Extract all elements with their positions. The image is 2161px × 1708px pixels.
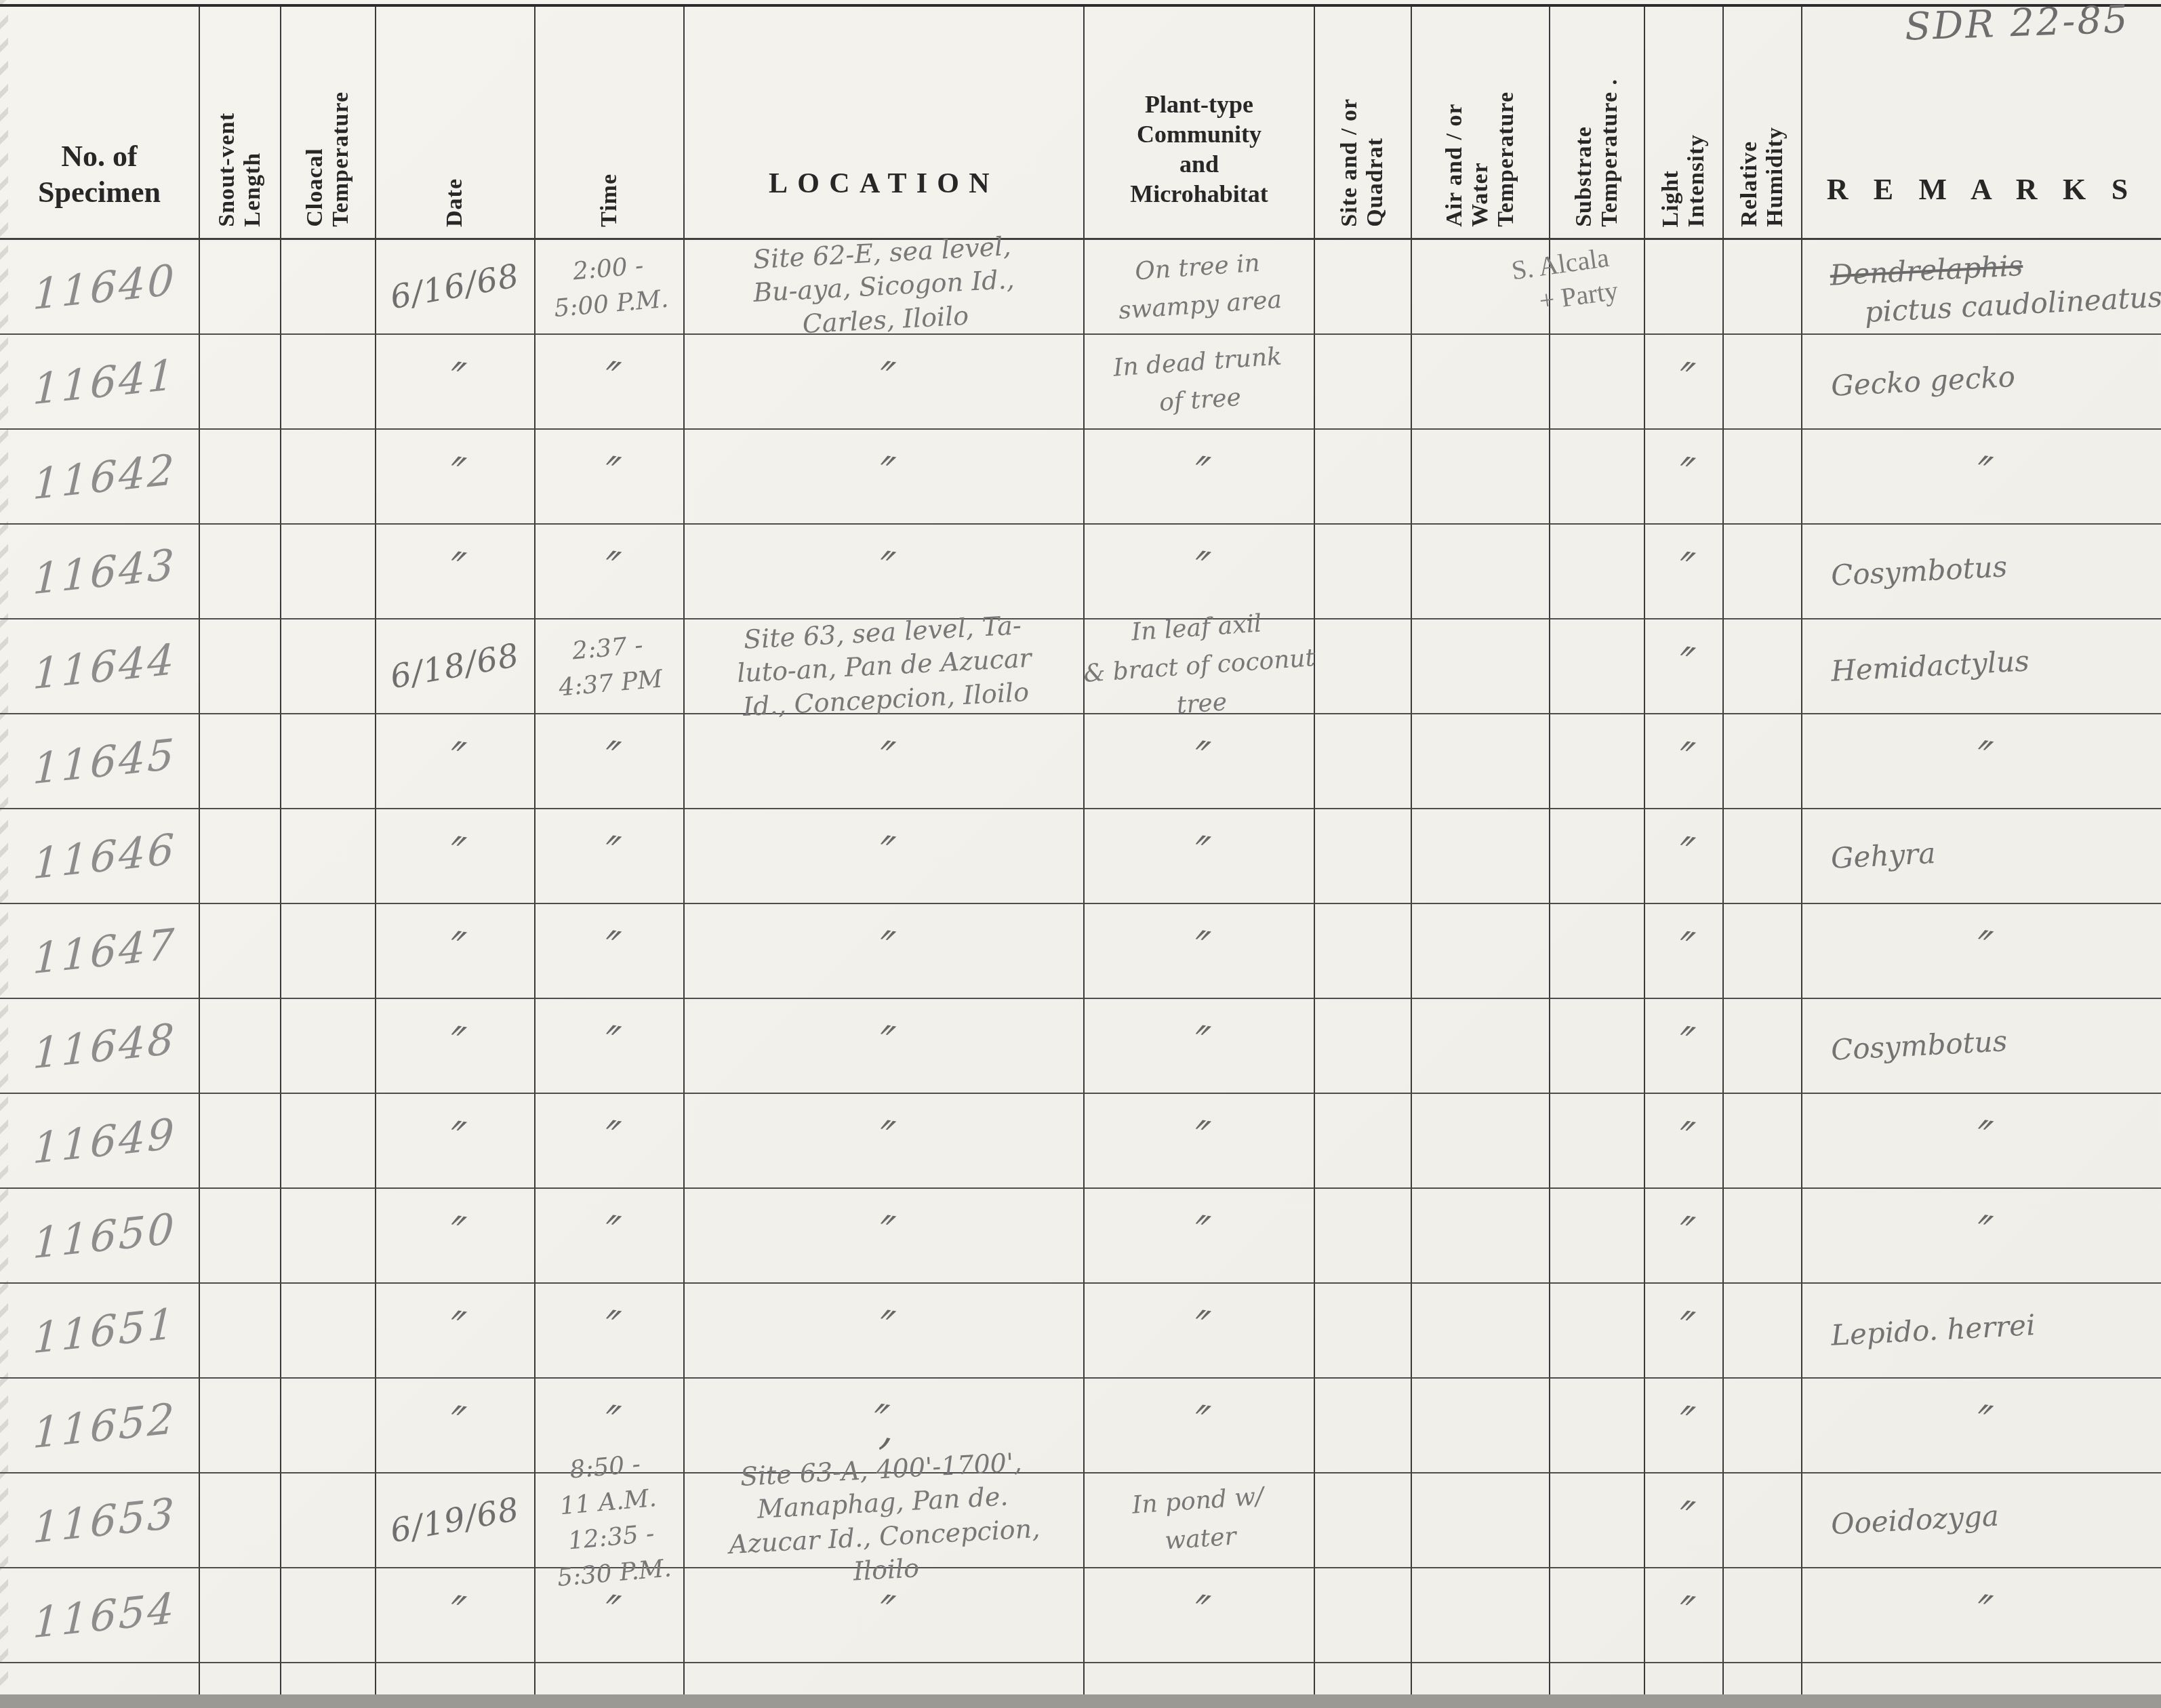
cell-substrate: [1550, 1568, 1645, 1663]
cell-site: [1315, 904, 1412, 999]
cell-substrate: [1550, 999, 1645, 1094]
cell-location: ″: [685, 1568, 1085, 1663]
column-header-date: Date: [376, 7, 536, 240]
cell-empty-date: [376, 1663, 536, 1697]
handwritten-light: ″: [1668, 350, 1699, 413]
handwritten-remarks: Gecko gecko: [1830, 358, 2017, 406]
cell-svl: [200, 335, 281, 430]
cell-remarks: Ooeidozyga: [1802, 1473, 2161, 1568]
cell-svl: [200, 1379, 281, 1473]
handwritten-remarks: ″: [1965, 915, 1998, 987]
cell-cloacal: [281, 1094, 376, 1189]
cell-time: 8:50 -11 A.M.12:35 -5:30 P.M.: [536, 1473, 685, 1568]
handwritten-habitat: ″: [1181, 436, 1217, 518]
cell-site: [1315, 430, 1412, 525]
column-header-plant-type-community: Plant-type Community and Microhabitat: [1085, 7, 1315, 240]
cell-empty-time: [536, 1663, 685, 1697]
column-header-label: LOCATION: [769, 167, 999, 200]
cell-time: ″: [536, 1568, 685, 1663]
cell-air-water: [1412, 430, 1550, 525]
cell-air-water: [1412, 525, 1550, 619]
cell-site: [1315, 714, 1412, 809]
cell-humidity: [1724, 1473, 1802, 1568]
cell-humidity: [1724, 999, 1802, 1094]
cell-time: ″: [536, 809, 685, 904]
cell-empty-remarks: [1802, 1663, 2161, 1697]
handwritten-date: ″: [439, 350, 470, 413]
cell-date: ″: [376, 1568, 536, 1663]
handwritten-remarks: ″: [1965, 1105, 1998, 1177]
handwritten-line: Hemidactylus: [1830, 642, 2030, 691]
specimen-log-sheet: SDR 22-85 No. of Specimen Snout-vent Len…: [0, 0, 2161, 1694]
cell-svl: [200, 619, 281, 714]
cell-site: [1315, 1189, 1412, 1284]
cell-location: ″: [685, 714, 1085, 809]
cell-air-water: [1412, 714, 1550, 809]
handwritten-light: ″: [1668, 1110, 1699, 1172]
cell-substrate: [1550, 525, 1645, 619]
cell-site: [1315, 1284, 1412, 1379]
handwritten-remarks: Cosymbotus: [1830, 548, 2008, 595]
handwritten-line: Gecko gecko: [1830, 358, 2017, 406]
handwritten-date: ″: [439, 825, 470, 887]
cell-air-water: [1412, 1284, 1550, 1379]
handwritten-date: ″: [439, 1394, 470, 1457]
handwritten-no: 11648: [32, 1013, 177, 1078]
cell-site: [1315, 335, 1412, 430]
handwritten-light: ″: [1668, 540, 1699, 603]
cell-light: ″: [1645, 1568, 1724, 1663]
cell-date: ″: [376, 809, 536, 904]
handwritten-date: 6/18/68: [388, 636, 523, 696]
cell-air-water: [1412, 999, 1550, 1094]
column-header-label: Snout-vent Length: [214, 113, 266, 227]
handwritten-no: 11649: [32, 1108, 177, 1173]
handwritten-location: ″: [868, 727, 900, 796]
cell-location: Site 62-E, sea level,Bu-aya, Sicogon Id.…: [685, 240, 1085, 335]
cell-site: [1315, 1379, 1412, 1473]
cell-remarks: ″: [1802, 1568, 2161, 1663]
cell-date: ″: [376, 430, 536, 525]
cell-air-water: [1412, 809, 1550, 904]
handwritten-no: 11640: [32, 254, 177, 319]
cell-humidity: [1724, 809, 1802, 904]
handwritten-time: 2:37 -4:37 PM: [554, 626, 664, 706]
cell-no: 11642: [0, 430, 200, 525]
cell-time: ″: [536, 999, 685, 1094]
cell-svl: [200, 1094, 281, 1189]
cell-cloacal: [281, 1568, 376, 1663]
handwritten-remarks: ″: [1965, 725, 1998, 797]
cell-substrate: [1550, 1284, 1645, 1379]
cell-air-water: [1412, 619, 1550, 714]
cell-humidity: [1724, 335, 1802, 430]
handwritten-habitat: ″: [1181, 1195, 1217, 1277]
cell-cloacal: [281, 714, 376, 809]
cell-light: ″: [1645, 809, 1724, 904]
cell-humidity: [1724, 619, 1802, 714]
handwritten-date: ″: [439, 1584, 470, 1646]
handwritten-location: ″: [868, 1581, 900, 1650]
handwritten-location: ″: [868, 821, 900, 891]
cell-light: ″: [1645, 525, 1724, 619]
cell-time: ″: [536, 904, 685, 999]
cell-remarks: ″: [1802, 430, 2161, 525]
cell-substrate: [1550, 335, 1645, 430]
cell-light: ″: [1645, 1379, 1724, 1473]
handwritten-remarks: Gehyra: [1830, 834, 1937, 878]
column-header-snout-vent-length: Snout-vent Length: [200, 7, 281, 240]
cell-date: ″: [376, 1094, 536, 1189]
cell-empty-no: [0, 1663, 200, 1697]
handwritten-habitat: ″: [1181, 1005, 1217, 1087]
cell-no: 11650: [0, 1189, 200, 1284]
column-header-label: Light Intensity: [1658, 134, 1710, 227]
cell-svl: [200, 714, 281, 809]
cell-remarks: Gehyra: [1802, 809, 2161, 904]
cell-habitat: ″: [1085, 1189, 1315, 1284]
handwritten-no: 11642: [32, 444, 177, 509]
handwritten-light: ″: [1668, 1015, 1699, 1077]
handwritten-light: ″: [1668, 1584, 1699, 1646]
cell-air-water: [1412, 1568, 1550, 1663]
handwritten-remarks: Hemidactylus: [1830, 642, 2030, 691]
cell-time: ″: [536, 525, 685, 619]
cell-no: 11652: [0, 1379, 200, 1473]
handwritten-date: 6/16/68: [388, 257, 523, 317]
handwritten-no: 11646: [32, 823, 177, 889]
handwritten-habitat: ″: [1181, 1290, 1217, 1372]
cell-habitat: ″: [1085, 809, 1315, 904]
handwritten-time: ″: [592, 1292, 626, 1368]
column-header-label: R E M A R K S: [1827, 172, 2137, 207]
cell-cloacal: [281, 904, 376, 999]
handwritten-date: 6/19/68: [388, 1490, 523, 1550]
cell-air-water: [1412, 335, 1550, 430]
cell-substrate: [1550, 904, 1645, 999]
handwritten-time: ″: [592, 438, 626, 514]
handwritten-light: ″: [1668, 1204, 1699, 1267]
column-header-specimen-no: No. of Specimen: [0, 7, 200, 240]
handwritten-light: ″: [1668, 920, 1699, 982]
collector-note: S. Alcala+ Party: [1510, 240, 1620, 321]
cell-no: 11648: [0, 999, 200, 1094]
handwritten-time: ″: [592, 912, 626, 989]
handwritten-no: 11645: [32, 729, 177, 794]
cell-habitat: ″: [1085, 1284, 1315, 1379]
cell-cloacal: [281, 335, 376, 430]
handwritten-remarks: ″: [1965, 1200, 1998, 1272]
cell-empty-location: [685, 1663, 1085, 1697]
cell-time: ″: [536, 1284, 685, 1379]
cell-site: [1315, 1568, 1412, 1663]
cell-substrate: [1550, 1379, 1645, 1473]
handwritten-habitat: ″: [1181, 815, 1217, 897]
handwritten-light: ″: [1668, 730, 1699, 792]
handwritten-habitat: ″: [1181, 1100, 1217, 1182]
handwritten-location: ″: [868, 1201, 900, 1270]
cell-location: ″: [685, 904, 1085, 999]
cell-empty-light: [1645, 1663, 1724, 1697]
handwritten-habitat: ″: [1181, 1385, 1217, 1467]
cell-site: [1315, 619, 1412, 714]
cell-habitat: On tree inswampy area: [1085, 240, 1315, 335]
cell-cloacal: [281, 525, 376, 619]
cell-no: 11641: [0, 335, 200, 430]
cell-location: ″: [685, 1284, 1085, 1379]
handwritten-habitat: ″: [1181, 910, 1217, 992]
cell-humidity: [1724, 1379, 1802, 1473]
handwritten-line: Cosymbotus: [1830, 548, 2008, 595]
handwritten-no: 11654: [32, 1583, 177, 1648]
handwritten-location: ″: [868, 347, 900, 416]
cell-light: ″: [1645, 619, 1724, 714]
handwritten-light: ″: [1668, 1489, 1699, 1551]
cell-empty-air-water: [1412, 1663, 1550, 1697]
column-header-time: Time: [536, 7, 685, 240]
cell-no: 11640: [0, 240, 200, 335]
column-header-substrate-temperature: Substrate Temperature .: [1550, 7, 1645, 240]
cell-empty-svl: [200, 1663, 281, 1697]
handwritten-time: ″: [592, 1197, 626, 1274]
handwritten-location: ″: [868, 1296, 900, 1365]
cell-humidity: [1724, 1094, 1802, 1189]
cell-humidity: [1724, 714, 1802, 809]
handwritten-date: ″: [439, 1204, 470, 1267]
cell-time: ″: [536, 335, 685, 430]
handwritten-light: ″: [1668, 445, 1699, 508]
cell-light: ″: [1645, 1284, 1724, 1379]
cell-remarks: ″: [1802, 904, 2161, 999]
cell-cloacal: [281, 1473, 376, 1568]
cell-remarks: Cosymbotus: [1802, 525, 2161, 619]
column-header-label: Time: [597, 174, 622, 227]
cell-habitat: ″: [1085, 430, 1315, 525]
cell-svl: [200, 430, 281, 525]
cell-location: ″: [685, 335, 1085, 430]
cell-time: ″: [536, 430, 685, 525]
handwritten-habitat: ″: [1181, 720, 1217, 802]
cell-no: 11644: [0, 619, 200, 714]
cell-light: ″: [1645, 430, 1724, 525]
cell-location: Site 63, sea level, Ta-luto-an, Pan de A…: [685, 619, 1085, 714]
handwritten-remarks: Cosymbotus: [1830, 1022, 2008, 1070]
column-header-air-water-temperature: Air and / or Water Temperature: [1412, 7, 1550, 240]
cell-no: 11651: [0, 1284, 200, 1379]
cell-air-water: [1412, 1189, 1550, 1284]
cell-date: 6/16/68: [376, 240, 536, 335]
cell-remarks: ″: [1802, 1094, 2161, 1189]
handwritten-habitat: In pond w/water: [1131, 1478, 1267, 1563]
handwritten-date: ″: [439, 1015, 470, 1077]
cell-humidity: [1724, 1568, 1802, 1663]
handwritten-no: 11653: [32, 1488, 177, 1553]
cell-date: ″: [376, 1189, 536, 1284]
column-header-label: Substrate Temperature .: [1571, 79, 1623, 227]
cell-no: 11645: [0, 714, 200, 809]
cell-substrate: [1550, 1189, 1645, 1284]
cell-location: ″: [685, 999, 1085, 1094]
handwritten-light: ″: [1668, 825, 1699, 887]
cell-site: [1315, 809, 1412, 904]
cell-cloacal: [281, 999, 376, 1094]
handwritten-remarks: Dendrelaphispictus caudolineatus: [1829, 240, 2161, 334]
cell-light: ″: [1645, 335, 1724, 430]
cell-empty-cloacal: [281, 1663, 376, 1697]
cell-cloacal: [281, 240, 376, 335]
cell-substrate: [1550, 714, 1645, 809]
handwritten-habitat: In dead trunkof tree: [1112, 338, 1286, 426]
handwritten-location: ″: [868, 916, 900, 985]
cell-habitat: ″: [1085, 1094, 1315, 1189]
handwritten-light: ″: [1668, 1394, 1699, 1457]
cell-habitat: ″: [1085, 999, 1315, 1094]
handwritten-time: ″: [592, 723, 626, 799]
cell-habitat: ″: [1085, 904, 1315, 999]
cell-no: 11646: [0, 809, 200, 904]
cell-substrate: [1550, 1473, 1645, 1568]
handwritten-time: ″: [592, 343, 626, 420]
column-header-site-quadrat: Site and / or Quadrat: [1315, 7, 1412, 240]
cell-habitat: In pond w/water: [1085, 1473, 1315, 1568]
cell-substrate: [1550, 809, 1645, 904]
cell-time: 2:00 -5:00 P.M.: [536, 240, 685, 335]
cell-no: 11653: [0, 1473, 200, 1568]
cell-no: 11643: [0, 525, 200, 619]
handwritten-no: 11644: [32, 634, 177, 699]
cell-date: 6/19/68: [376, 1473, 536, 1568]
handwritten-no: 11641: [32, 349, 177, 414]
cell-substrate: [1550, 1094, 1645, 1189]
handwritten-time: ″: [592, 1102, 626, 1179]
cell-air-water: [1412, 1473, 1550, 1568]
column-header-label: Air and / or Water Temperature: [1442, 91, 1519, 227]
handwritten-habitat: In leaf axil& bract of coconuttree: [1079, 602, 1318, 731]
handwritten-location: ″: [868, 1106, 900, 1175]
cell-humidity: [1724, 525, 1802, 619]
cell-svl: [200, 240, 281, 335]
handwritten-line: Lepido. herrei: [1830, 1306, 2036, 1355]
cell-cloacal: [281, 1284, 376, 1379]
handwritten-date: ″: [439, 730, 470, 792]
cell-humidity: [1724, 904, 1802, 999]
cell-empty-humidity: [1724, 1663, 1802, 1697]
handwritten-habitat: On tree inswampy area: [1115, 243, 1283, 330]
cell-air-water: [1412, 1379, 1550, 1473]
cell-svl: [200, 904, 281, 999]
cell-svl: [200, 525, 281, 619]
cell-date: ″: [376, 904, 536, 999]
cell-cloacal: [281, 619, 376, 714]
cell-site: [1315, 1094, 1412, 1189]
handwritten-no: 11643: [32, 539, 177, 604]
column-header-label: Date: [442, 178, 468, 227]
cell-substrate: [1550, 619, 1645, 714]
handwritten-no: 11647: [32, 918, 177, 983]
handwritten-no: 11652: [32, 1393, 177, 1458]
handwritten-remarks: ″: [1965, 441, 1998, 512]
cell-no: 11647: [0, 904, 200, 999]
cell-remarks: Cosymbotus: [1802, 999, 2161, 1094]
cell-air-water: [1412, 1094, 1550, 1189]
cell-site: [1315, 1473, 1412, 1568]
cell-habitat: ″: [1085, 1379, 1315, 1473]
cell-light: ″: [1645, 1094, 1724, 1189]
handwritten-time: ″: [592, 533, 626, 609]
cell-date: 6/18/68: [376, 619, 536, 714]
cell-light: ″: [1645, 1189, 1724, 1284]
handwritten-line: Cosymbotus: [1830, 1022, 2008, 1070]
cell-svl: [200, 1568, 281, 1663]
handwritten-date: ″: [439, 920, 470, 982]
column-header-label: Cloacal Temperature: [302, 91, 354, 227]
cell-remarks: Hemidactylus: [1802, 619, 2161, 714]
cell-light: ″: [1645, 1473, 1724, 1568]
cell-remarks: ″: [1802, 1189, 2161, 1284]
cell-remarks: Gecko gecko: [1802, 335, 2161, 430]
cell-date: ″: [376, 1379, 536, 1473]
cell-location: ″: [685, 1094, 1085, 1189]
handwritten-remarks: Lepido. herrei: [1830, 1306, 2036, 1355]
cell-light: [1645, 240, 1724, 335]
scan-edge: [0, 1694, 2161, 1708]
handwritten-time: ″: [592, 817, 626, 894]
cell-humidity: [1724, 240, 1802, 335]
handwritten-date: ″: [439, 445, 470, 508]
cell-substrate: S. Alcala+ Party: [1550, 240, 1645, 335]
handwritten-location: ″: [868, 442, 900, 511]
cell-time: ″: [536, 714, 685, 809]
cell-empty-site: [1315, 1663, 1412, 1697]
handwritten-line: Ooeidozyga: [1830, 1497, 2000, 1544]
handwritten-remarks: ″: [1965, 1389, 1998, 1461]
cell-cloacal: [281, 1189, 376, 1284]
cell-habitat: ″: [1085, 1568, 1315, 1663]
cell-substrate: [1550, 430, 1645, 525]
cell-date: ″: [376, 714, 536, 809]
handwritten-light: ″: [1668, 635, 1699, 697]
handwritten-habitat: ″: [1181, 1574, 1217, 1656]
handwritten-location: Site 62-E, sea level,Bu-aya, Sicogon Id.…: [750, 230, 1017, 344]
handwritten-location: ″,: [862, 1390, 906, 1461]
cell-site: [1315, 999, 1412, 1094]
column-header-label: Relative Humidity: [1737, 127, 1788, 227]
handwritten-date: ″: [439, 540, 470, 603]
cell-remarks: ″: [1802, 714, 2161, 809]
column-header-label: Plant-type Community and Microhabitat: [1130, 90, 1268, 209]
cell-empty-substrate: [1550, 1663, 1645, 1697]
handwritten-location: Site 63, sea level, Ta-luto-an, Pan de A…: [734, 609, 1034, 725]
cell-site: [1315, 525, 1412, 619]
cell-light: ″: [1645, 904, 1724, 999]
column-header-relative-humidity: Relative Humidity: [1724, 7, 1802, 240]
handwritten-remarks: ″: [1965, 1579, 1998, 1651]
handwritten-light: ″: [1668, 1299, 1699, 1362]
cell-svl: [200, 999, 281, 1094]
cell-cloacal: [281, 809, 376, 904]
cell-habitat: ″: [1085, 714, 1315, 809]
cell-remarks: Dendrelaphispictus caudolineatus: [1802, 240, 2161, 335]
cell-no: 11649: [0, 1094, 200, 1189]
cell-site: [1315, 240, 1412, 335]
cell-empty-habitat: [1085, 1663, 1315, 1697]
handwritten-time: ″: [592, 1577, 626, 1653]
cell-time: ″: [536, 1189, 685, 1284]
column-header-location: LOCATION: [685, 7, 1085, 240]
cell-date: ″: [376, 525, 536, 619]
handwritten-time: ″: [592, 1007, 626, 1084]
cell-humidity: [1724, 1189, 1802, 1284]
